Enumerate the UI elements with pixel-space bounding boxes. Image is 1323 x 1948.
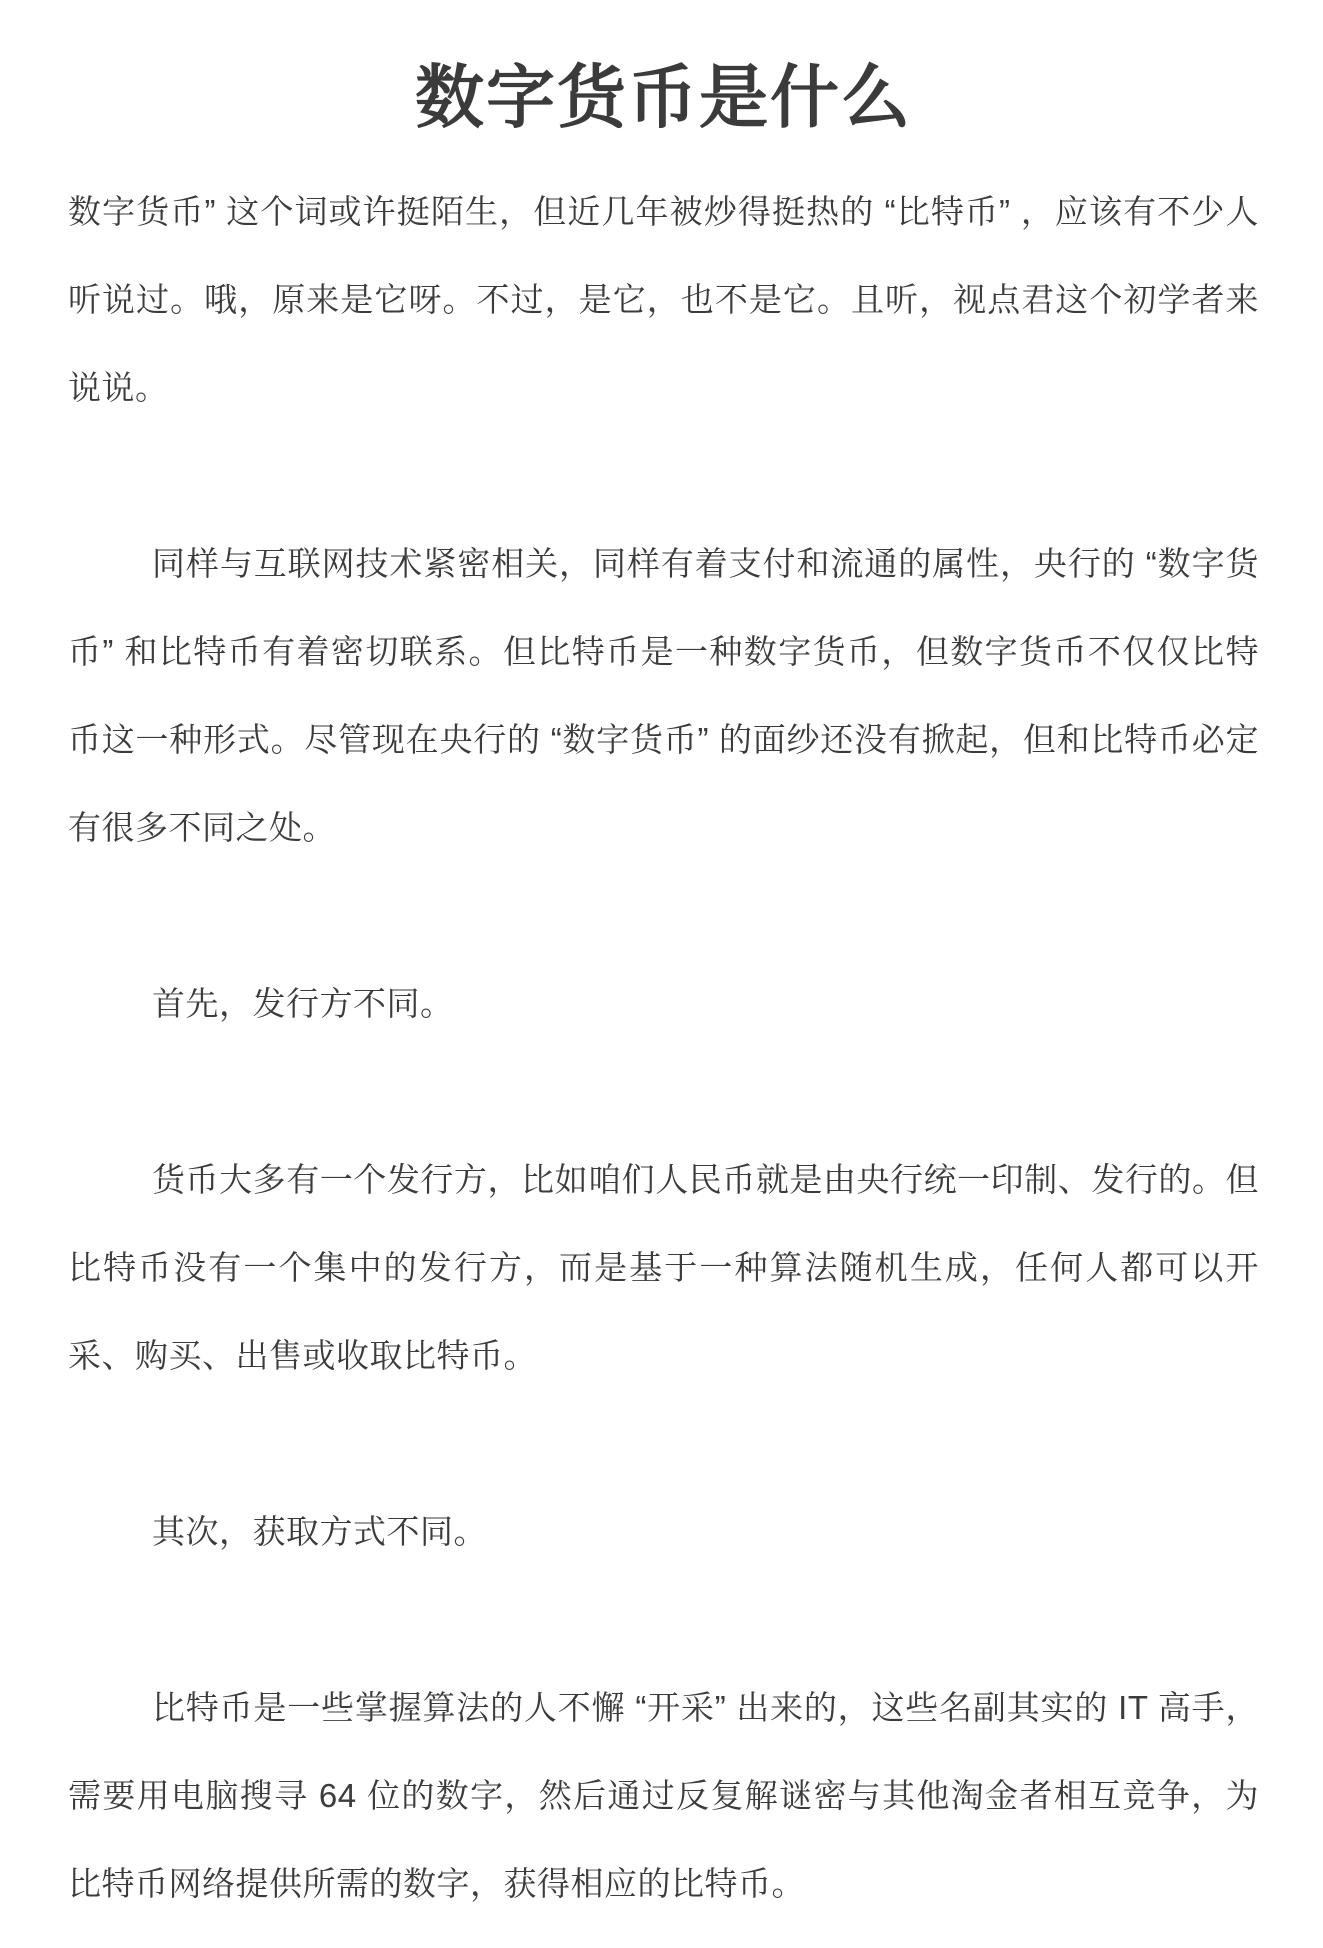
paragraph-issuer-detail: 货币大多有一个发行方，比如咱们人民币就是由央行统一印制、发行的。但比特币没有一个… [68,1136,1259,1400]
paragraph-acquisition-detail: 比特币是一些掌握算法的人不懈 “开采” 出来的，这些名副其实的 IT 高手，需要… [68,1664,1259,1928]
paragraph-intro: 数字货币” 这个词或许挺陌生，但近几年被炒得挺热的 “比特币” ，应该有不少人听… [68,168,1259,432]
paragraph-point-issuer: 首先，发行方不同。 [68,960,1259,1048]
paragraph-point-acquisition: 其次，获取方式不同。 [68,1488,1259,1576]
paragraph-comparison-central-bank: 同样与互联网技术紧密相关，同样有着支付和流通的属性，央行的 “数字货币” 和比特… [68,520,1259,872]
document-page: 数字货币是什么 数字货币” 这个词或许挺陌生，但近几年被炒得挺热的 “比特币” … [0,0,1323,1948]
document-title: 数字货币是什么 [68,54,1259,142]
